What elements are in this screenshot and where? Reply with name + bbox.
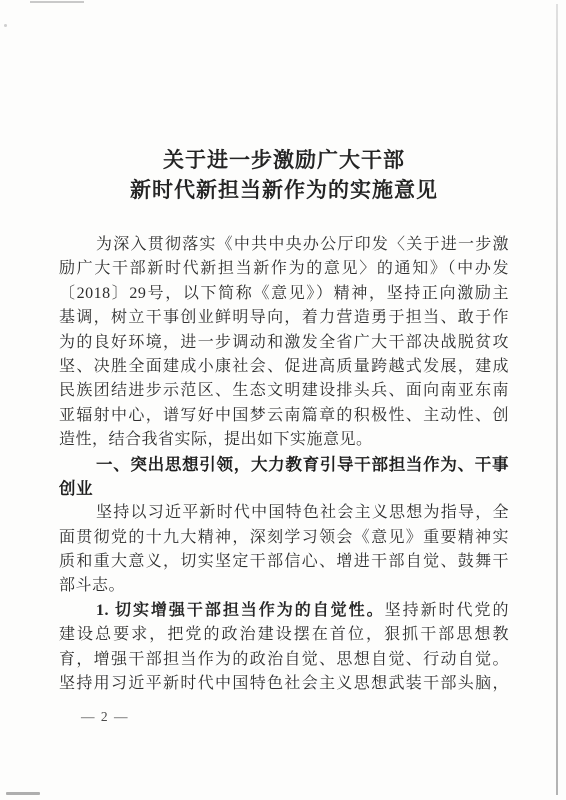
body-text-line: 质和重大意义，切实坚定干部信心、增进干部自觉、鼓舞干: [59, 550, 509, 574]
text-segment: 基调，树立干事创业鲜明导向，着力营造勇于担当、敢于作: [59, 309, 509, 326]
text-segment: 坚持新时代党的: [385, 602, 509, 619]
text-segment: 1. 切实增强干部担当作为的自觉性。: [96, 602, 385, 619]
body-text-line: 励广大干部新时代新担当新作为的意见〉的通知》（中办发: [59, 257, 509, 281]
body-text-line: 坚持以习近平新时代中国特色社会主义思想为指导，全: [59, 501, 509, 525]
scan-artifact-bottom-smudge: [6, 792, 40, 795]
text-segment: 励广大干部新时代新担当新作为的意见〉的通知》（中办发: [59, 260, 509, 277]
body-text-line: 民族团结进步示范区、生态文明建设排头兵、面向南亚东南: [59, 379, 509, 403]
body-text-line: 坚持用习近平新时代中国特色社会主义思想武装干部头脑，: [59, 672, 509, 696]
scan-artifact-top-smudge: [30, 1, 84, 3]
scanned-document-page: 关于进一步激励广大干部 新时代新担当新作为的实施意见 为深入贯彻落实《中共中央办…: [0, 0, 566, 800]
body-text-line: 亚辐射中心，谱写好中国梦云南篇章的积极性、主动性、创: [59, 404, 509, 428]
document-body: 为深入贯彻落实《中共中央办公厅印发〈关于进一步激励广大干部新时代新担当新作为的意…: [59, 233, 509, 696]
text-segment: 坚持以习近平新时代中国特色社会主义思想为指导，全: [96, 504, 509, 521]
text-segment: 亚辐射中心，谱写好中国梦云南篇章的积极性、主动性、创: [59, 407, 509, 424]
section-heading-line: 一、突出思想引领，大力教育引导干部担当作为、干事: [59, 453, 509, 477]
body-text-line: 为的良好环境，进一步调动和激发全省广大干部决战脱贫攻: [59, 331, 509, 355]
text-segment: 面贯彻党的十九大精神，深刻学习领会《意见》重要精神实: [59, 529, 509, 546]
body-text-line: 为深入贯彻落实《中共中央办公厅印发〈关于进一步激: [59, 233, 509, 257]
body-text-line: 面贯彻党的十九大精神，深刻学习领会《意见》重要精神实: [59, 526, 509, 550]
page-number: — 2 —: [81, 709, 129, 725]
scan-artifact-dot: [4, 24, 7, 27]
document-title: 关于进一步激励广大干部 新时代新担当新作为的实施意见: [59, 146, 509, 205]
section-heading-line: 创业: [59, 477, 509, 501]
text-segment: 创业: [59, 480, 93, 498]
body-text-line: 1. 切实增强干部担当作为的自觉性。坚持新时代党的: [59, 599, 509, 623]
text-segment: 民族团结进步示范区、生态文明建设排头兵、面向南亚东南: [59, 382, 509, 399]
body-text-line: 〔2018〕29号，以下简称《意见》）精神，坚持正向激励主: [59, 282, 509, 306]
text-segment: 为深入贯彻落实《中共中央办公厅印发〈关于进一步激: [96, 236, 509, 253]
text-segment: 坚、决胜全面建成小康社会、促进高质量跨越式发展，建成: [59, 358, 509, 375]
text-segment: 坚持用习近平新时代中国特色社会主义思想武装干部头脑，: [59, 675, 509, 692]
text-segment: 造性，结合我省实际，提出如下实施意见。: [59, 431, 373, 448]
body-text-line: 育，增强干部担当作为的政治自觉、思想自觉、行动自觉。: [59, 648, 509, 672]
text-segment: 为的良好环境，进一步调动和激发全省广大干部决战脱贫攻: [59, 334, 509, 351]
text-segment: 部斗志。: [59, 577, 125, 594]
body-text-line: 部斗志。: [59, 574, 509, 598]
scan-edge-line-right: [556, 4, 558, 795]
text-segment: 质和重大意义，切实坚定干部信心、增进干部自觉、鼓舞干: [59, 553, 509, 570]
text-segment: 育，增强干部担当作为的政治自觉、思想自觉、行动自觉。: [59, 651, 509, 668]
text-segment: 一、突出思想引领，大力教育引导干部担当作为、干事: [96, 456, 509, 474]
text-segment: 〔2018〕29号，以下简称《意见》）精神，坚持正向激励主: [59, 285, 509, 302]
body-text-line: 坚、决胜全面建成小康社会、促进高质量跨越式发展，建成: [59, 355, 509, 379]
document-title-line-2: 新时代新担当新作为的实施意见: [59, 176, 509, 206]
body-text-line: 造性，结合我省实际，提出如下实施意见。: [59, 428, 509, 452]
document-title-line-1: 关于进一步激励广大干部: [59, 146, 509, 176]
text-segment: 建设总要求，把党的政治建设摆在首位，狠抓干部思想教: [59, 626, 509, 643]
body-text-line: 建设总要求，把党的政治建设摆在首位，狠抓干部思想教: [59, 623, 509, 647]
body-text-line: 基调，树立干事创业鲜明导向，着力营造勇于担当、敢于作: [59, 306, 509, 330]
